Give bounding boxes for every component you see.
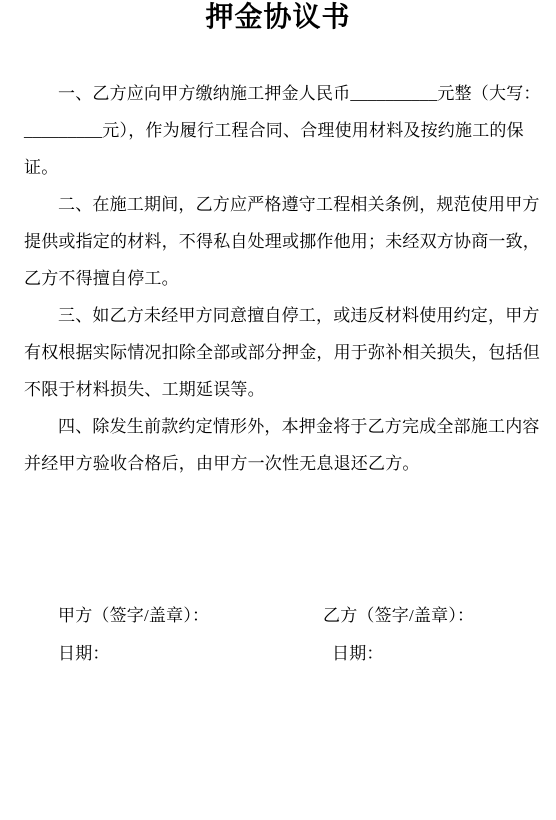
document-title: 押金协议书 — [0, 0, 556, 36]
clause-4: 四、除发生前款约定情形外，本押金将于乙方完成全部施工内容 并经甲方验收合格后，由… — [24, 408, 532, 482]
party-b-date-label: 日期： — [323, 635, 532, 673]
signature-section: 甲方（签字/盖章）： 日期： 乙方（签字/盖章）： 日期： — [24, 597, 532, 673]
clause-4-line-2: 并经甲方验收合格后，由甲方一次性无息退还乙方。 — [24, 445, 532, 482]
clause-2-line-3: 乙方不得擅自停工。 — [24, 260, 532, 297]
clause-3-line-3: 不限于材料损失、工期延误等。 — [24, 371, 532, 408]
document-body: 一、乙方应向甲方缴纳施工押金人民币__________元整（大写： ______… — [24, 75, 532, 482]
clause-4-line-1: 四、除发生前款约定情形外，本押金将于乙方完成全部施工内容 — [24, 408, 532, 445]
clause-2-line-1: 二、在施工期间，乙方应严格遵守工程相关条例，规范使用甲方 — [24, 186, 532, 223]
clause-3: 三、如乙方未经甲方同意擅自停工，或违反材料使用约定，甲方 有权根据实际情况扣除全… — [24, 297, 532, 408]
document-page: 押金协议书 一、乙方应向甲方缴纳施工押金人民币__________元整（大写： … — [0, 0, 556, 820]
clause-1-line-3: 证。 — [24, 149, 532, 186]
party-b-signature-label: 乙方（签字/盖章）： — [323, 597, 532, 635]
clause-3-line-2: 有权根据实际情况扣除全部或部分押金，用于弥补相关损失，包括但 — [24, 334, 532, 371]
party-b-signature-block: 乙方（签字/盖章）： 日期： — [323, 597, 532, 673]
clause-2: 二、在施工期间，乙方应严格遵守工程相关条例，规范使用甲方 提供或指定的材料，不得… — [24, 186, 532, 297]
clause-1: 一、乙方应向甲方缴纳施工押金人民币__________元整（大写： ______… — [24, 75, 532, 186]
party-a-date-label: 日期： — [58, 635, 323, 673]
clause-2-line-2: 提供或指定的材料，不得私自处理或挪作他用；未经双方协商一致， — [24, 223, 532, 260]
party-a-signature-block: 甲方（签字/盖章）： 日期： — [24, 597, 323, 673]
party-a-signature-label: 甲方（签字/盖章）： — [58, 597, 323, 635]
clause-3-line-1: 三、如乙方未经甲方同意擅自停工，或违反材料使用约定，甲方 — [24, 297, 532, 334]
clause-1-line-2: _________元），作为履行工程合同、合理使用材料及按约施工的保 — [24, 112, 532, 149]
clause-1-line-1: 一、乙方应向甲方缴纳施工押金人民币__________元整（大写： — [24, 75, 532, 112]
